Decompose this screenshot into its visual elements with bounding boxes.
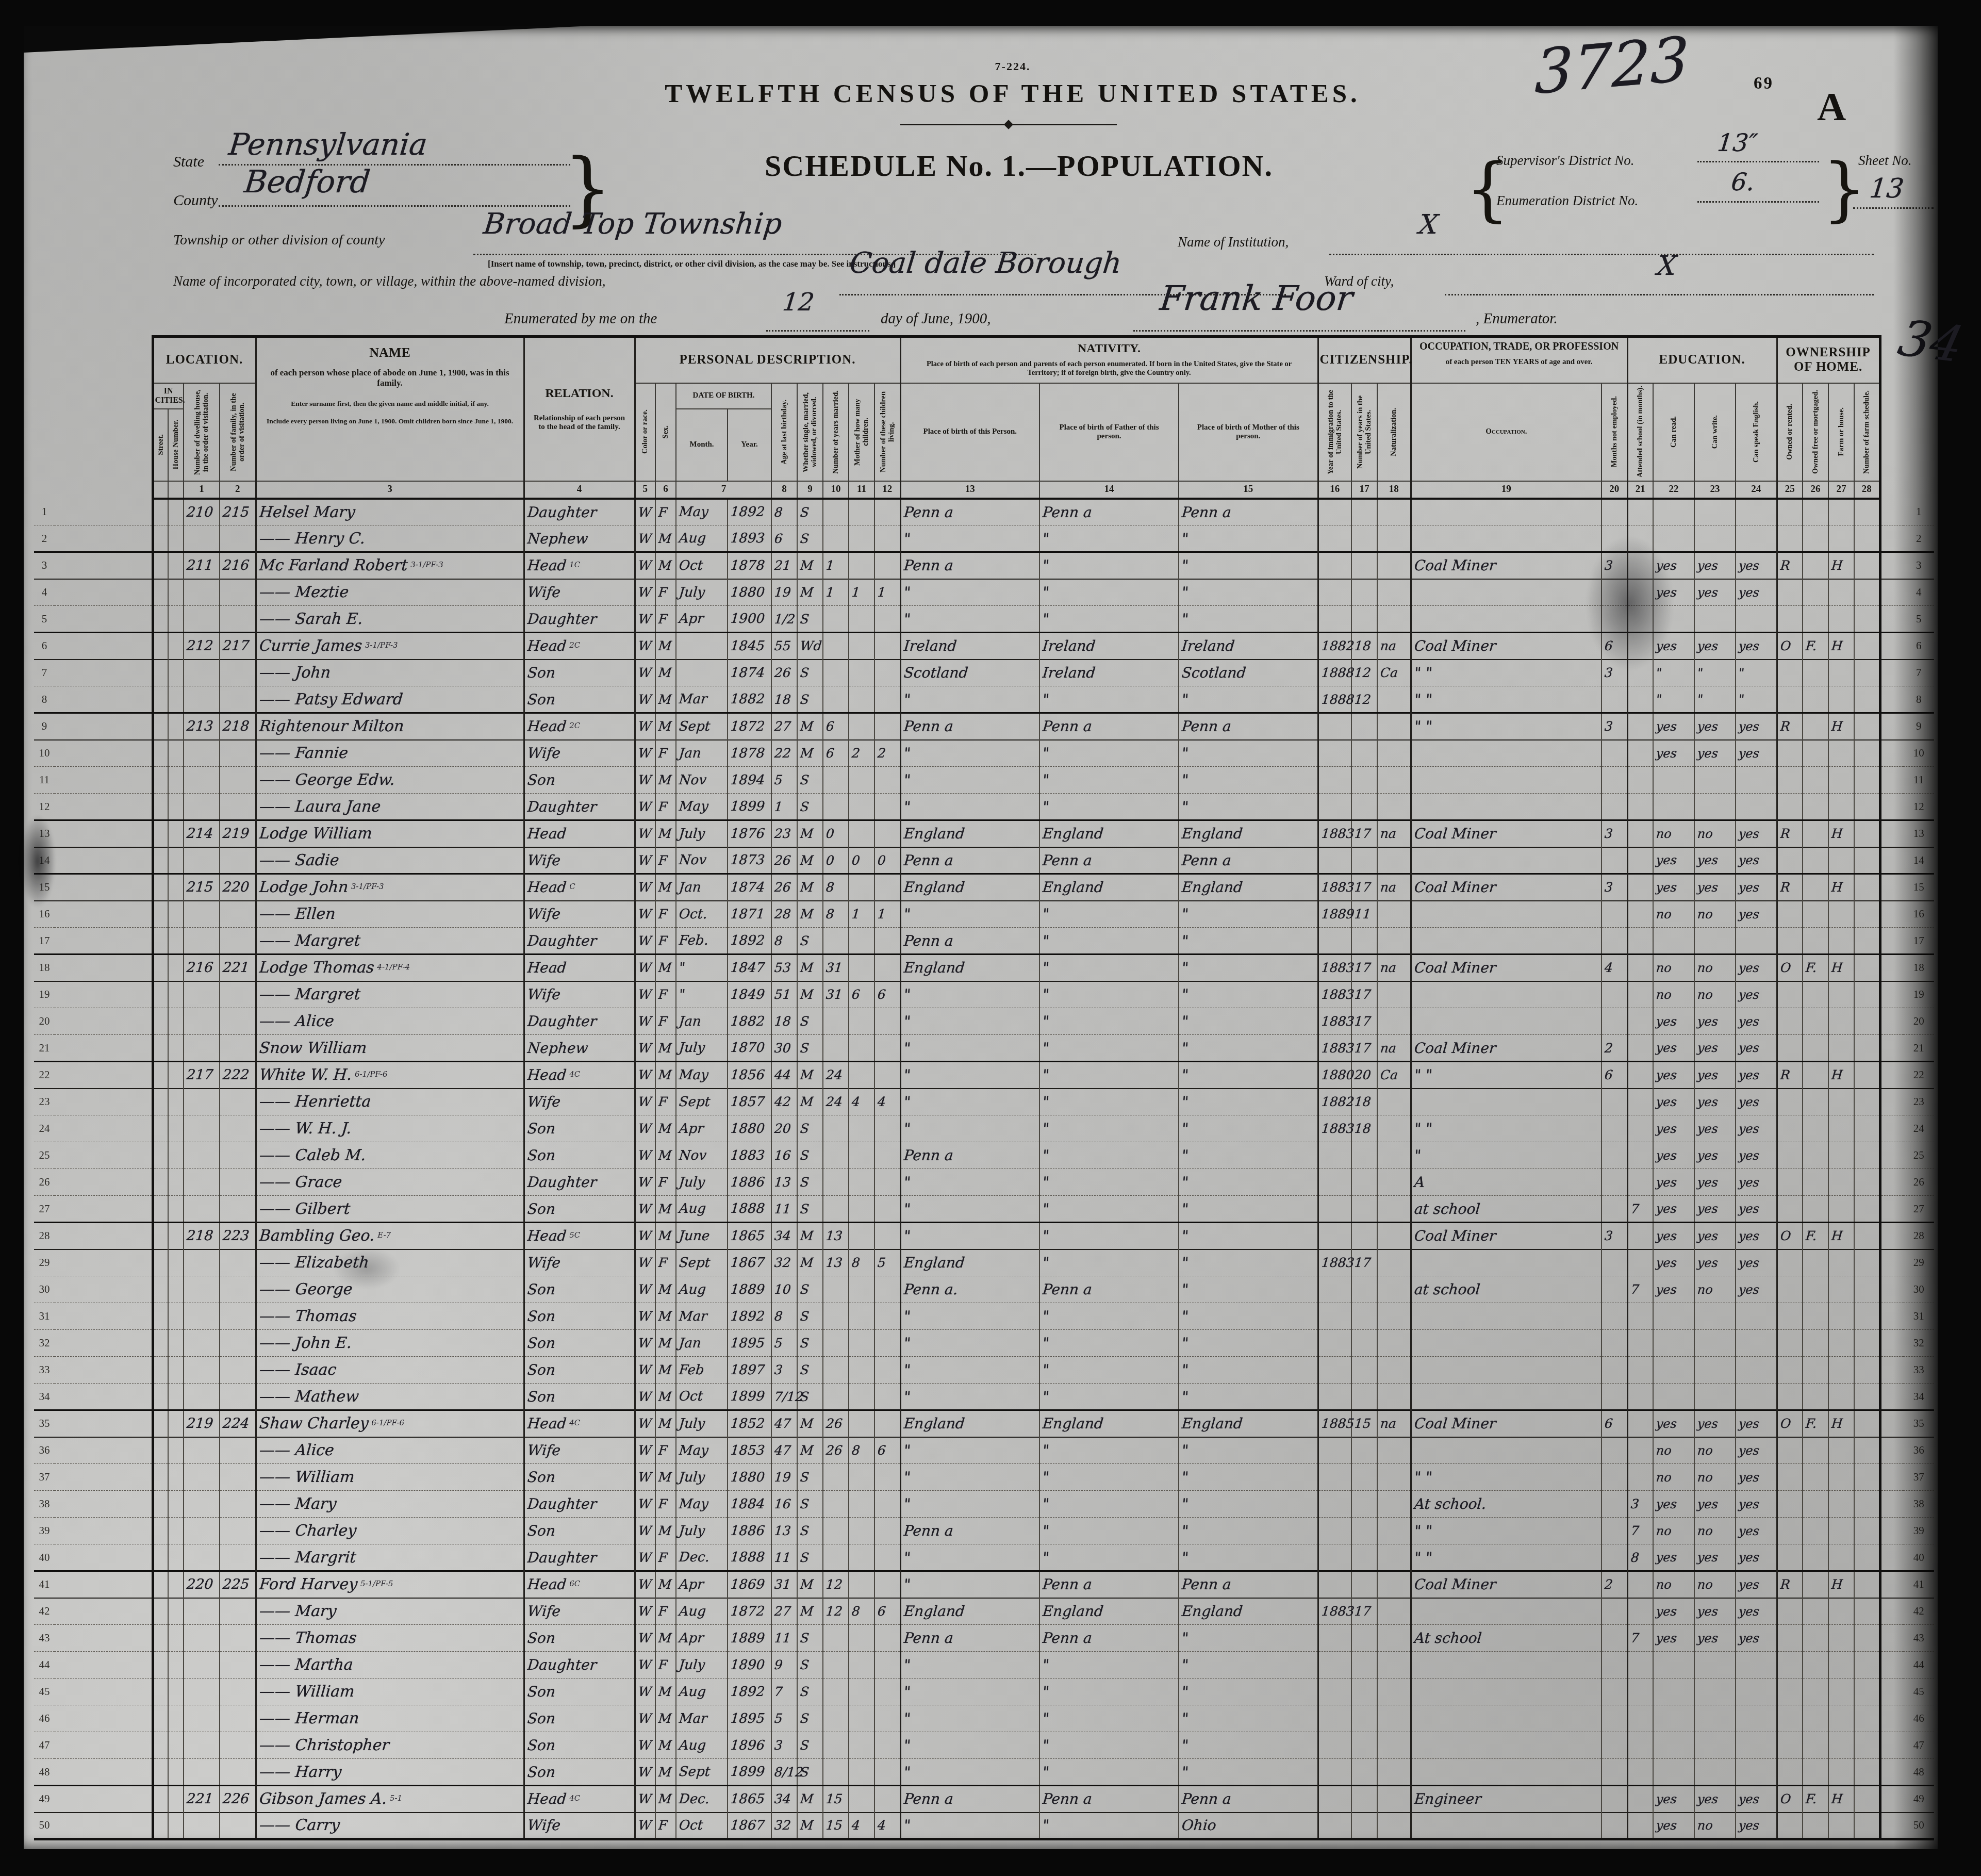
cell-st: [153, 820, 168, 847]
cell-ag: 53: [771, 955, 797, 981]
cell-rd: yes: [1653, 1115, 1694, 1142]
cell-nm: —— Ellen: [256, 901, 524, 928]
cell-en: [1736, 606, 1777, 633]
cell-as: [1627, 928, 1653, 955]
cell-en: yes: [1736, 1276, 1777, 1303]
cell-fs: [1854, 1089, 1880, 1115]
cell-fs: [1854, 981, 1880, 1008]
cell-bf: ": [1039, 955, 1179, 981]
cell-ag: 11: [771, 1625, 797, 1652]
table-row: 11—— George Edw.SonWMNov18945S"""11: [34, 767, 1934, 794]
table-row: 25—— Caleb M.SonWMNov188316SPenn a"""yes…: [34, 1142, 1934, 1169]
cell-mu: [1602, 499, 1627, 525]
margin-gap: [55, 713, 153, 740]
cell-cl: [874, 1652, 900, 1678]
col-num: 15: [1179, 481, 1318, 499]
cell-mc: [849, 525, 874, 552]
cell-nt: [1377, 1813, 1411, 1839]
cell-hn: [168, 1598, 184, 1625]
cell-nm: —— Grace: [256, 1169, 524, 1196]
cell-bf: ": [1039, 1196, 1179, 1223]
cell-or: [1777, 767, 1803, 794]
cell-rel: Son: [524, 1518, 635, 1544]
cell-nm: —— Meztie: [256, 579, 524, 606]
cell-fs: [1854, 499, 1880, 525]
cell-dw: [184, 1759, 220, 1786]
cell-bm: ": [1179, 1357, 1318, 1384]
cell-bm: Scotland: [1179, 660, 1318, 686]
row-number: 2: [34, 525, 55, 552]
cell-oc: [1411, 847, 1602, 874]
cell-bp: ": [900, 1759, 1039, 1786]
cell-en: yes: [1736, 1518, 1777, 1544]
cell-en: [1736, 928, 1777, 955]
cell-cr: W: [635, 955, 655, 981]
cell-bm: Penn a: [1179, 713, 1318, 740]
cell-bf: England: [1039, 874, 1179, 901]
cell-nm: —— Laura Jane: [256, 794, 524, 820]
cell-oc: [1411, 1384, 1602, 1410]
cell-ag: 27: [771, 713, 797, 740]
cell-cl: [874, 794, 900, 820]
cell-wr: [1694, 1384, 1736, 1410]
cell-rd: [1653, 1705, 1694, 1732]
enumerator-annotation: 4C: [569, 1069, 580, 1079]
cell-nt: [1377, 1705, 1411, 1732]
cell-mc: [849, 1732, 874, 1759]
cell-fh: [1828, 981, 1854, 1008]
table-row: 41220225Ford Harvey5-1/PF-5Head6CWMApr18…: [34, 1571, 1934, 1598]
margin-gap: [55, 1357, 153, 1384]
cell-nt: [1377, 1571, 1411, 1598]
table-row: 10—— FannieWifeWFJan187822M622"""yesyesy…: [34, 740, 1934, 767]
cell-ms: S: [797, 1384, 823, 1410]
cell-bf: Penn a: [1039, 713, 1179, 740]
cell-oc: Coal Miner: [1411, 633, 1602, 660]
cell-fh: [1828, 1705, 1854, 1732]
cell-mo: Oct: [676, 552, 728, 579]
film-right-edge-shadow: [1893, 26, 1938, 1849]
cell-st: [153, 1518, 168, 1544]
cell-of: [1803, 660, 1828, 686]
table-row: 50—— CarryWifeWFOct186732M1544""Ohioyesn…: [34, 1813, 1934, 1839]
cell-or: [1777, 1437, 1803, 1464]
cell-yu: 17: [1351, 874, 1377, 901]
cell-iy: [1318, 928, 1351, 955]
cell-fm: [220, 1357, 256, 1384]
cell-st: [153, 1813, 168, 1839]
cell-bp: Penn a: [900, 847, 1039, 874]
cell-ym: [823, 1169, 849, 1196]
cell-yu: 12: [1351, 660, 1377, 686]
cell-wr: yes: [1694, 1142, 1736, 1169]
table-row: 30—— GeorgeSonWMAug188910SPenn a.Penn a"…: [34, 1276, 1934, 1303]
cell-sx: F: [655, 928, 676, 955]
cell-st: [153, 874, 168, 901]
cell-bm: ": [1179, 552, 1318, 579]
cell-ms: S: [797, 1276, 823, 1303]
cell-sx: M: [655, 1678, 676, 1705]
cell-sx: F: [655, 1813, 676, 1839]
cell-hn: [168, 1276, 184, 1303]
cell-yr: 1870: [728, 1035, 771, 1062]
cell-or: [1777, 1196, 1803, 1223]
cell-ym: [823, 660, 849, 686]
cell-cr: W: [635, 1491, 655, 1518]
row-number: 34: [34, 1384, 55, 1410]
cell-or: O: [1777, 955, 1803, 981]
cell-iy: 1883: [1318, 1249, 1351, 1276]
cell-yr: 1897: [728, 1357, 771, 1384]
cell-bf: ": [1039, 981, 1179, 1008]
enumerated-day: 12: [781, 288, 816, 317]
cell-ag: 31: [771, 1571, 797, 1598]
cell-mu: 3: [1602, 1223, 1627, 1249]
cell-wr: yes: [1694, 1089, 1736, 1115]
cell-ym: 24: [823, 1062, 849, 1089]
cell-mo: May: [676, 794, 728, 820]
cell-fs: [1854, 1437, 1880, 1464]
cell-st: [153, 794, 168, 820]
cell-fh: [1828, 1518, 1854, 1544]
cell-bp: ": [900, 1571, 1039, 1598]
cell-mc: 6: [849, 981, 874, 1008]
cell-dw: [184, 660, 220, 686]
margin-gap: [55, 1813, 153, 1839]
cell-nm: —— William: [256, 1464, 524, 1491]
cell-as: [1627, 767, 1653, 794]
cell-yu: [1351, 1625, 1377, 1652]
cell-or: [1777, 1008, 1803, 1035]
margin-gap: [55, 1008, 153, 1035]
cell-yu: 17: [1351, 1598, 1377, 1625]
cell-bm: ": [1179, 1625, 1318, 1652]
cell-nm: —— John E.: [256, 1330, 524, 1357]
cell-st: [153, 1035, 168, 1062]
row-number: 44: [34, 1652, 55, 1678]
cell-bm: ": [1179, 1249, 1318, 1276]
cell-sx: M: [655, 525, 676, 552]
cell-yu: 12: [1351, 686, 1377, 713]
cell-nt: [1377, 1678, 1411, 1705]
cell-ym: 8: [823, 901, 849, 928]
cell-mu: [1602, 767, 1627, 794]
cell-rd: [1653, 928, 1694, 955]
section-nativity: NATIVITY. Place of birth of each person …: [900, 337, 1318, 383]
cell-ym: [823, 1652, 849, 1678]
col-years-in-us-header: Number of years in the United States.: [1351, 383, 1377, 481]
cell-iy: [1318, 1169, 1351, 1196]
cell-sx: M: [655, 1142, 676, 1169]
cell-or: [1777, 1759, 1803, 1786]
cell-en: yes: [1736, 1089, 1777, 1115]
cell-rel: Head4C: [524, 1410, 635, 1437]
cell-st: [153, 1437, 168, 1464]
cell-bm: ": [1179, 1142, 1318, 1169]
col-marital-header: Whether single, married, widowed, or div…: [797, 383, 823, 481]
table-row: 18216221Lodge Thomas4-1/PF-4HeadWM"18475…: [34, 955, 1934, 981]
cell-nm: —— Alice: [256, 1437, 524, 1464]
cell-mo: Mar: [676, 1705, 728, 1732]
cell-mc: [849, 874, 874, 901]
cell-rel: Son: [524, 660, 635, 686]
cell-cl: [874, 1705, 900, 1732]
row-number: 24: [34, 1115, 55, 1142]
cell-bf: England: [1039, 820, 1179, 847]
cell-yu: [1351, 794, 1377, 820]
col-immigration-year-header: Year of immigration to the United States…: [1318, 383, 1351, 481]
cell-mu: [1602, 1732, 1627, 1759]
cell-fs: [1854, 1491, 1880, 1518]
cell-nt: [1377, 1276, 1411, 1303]
cell-ms: M: [797, 1598, 823, 1625]
cell-dw: [184, 1732, 220, 1759]
cell-fs: [1854, 1008, 1880, 1035]
section-ownership: OWNERSHIP OF HOME.: [1777, 337, 1880, 383]
cell-yr: 1867: [728, 1813, 771, 1839]
cell-cl: [874, 552, 900, 579]
col-naturalization-header: Naturalization.: [1377, 383, 1411, 481]
cell-ms: M: [797, 955, 823, 981]
cell-mu: [1602, 1491, 1627, 1518]
cell-rd: no: [1653, 820, 1694, 847]
cell-bf: Ireland: [1039, 633, 1179, 660]
table-row: 13214219Lodge WilliamHeadWMJuly187623M0E…: [34, 820, 1934, 847]
cell-rel: Son: [524, 1464, 635, 1491]
cell-bp: England: [900, 1249, 1039, 1276]
cell-or: R: [1777, 552, 1803, 579]
cell-mo: [676, 660, 728, 686]
cell-fs: [1854, 660, 1880, 686]
cell-mu: 6: [1602, 1062, 1627, 1089]
cell-as: 8: [1627, 1544, 1653, 1571]
cell-sx: F: [655, 1437, 676, 1464]
cell-ms: S: [797, 1008, 823, 1035]
cell-dw: [184, 1813, 220, 1839]
row-number: 33: [34, 1357, 55, 1384]
row-number: 26: [34, 1169, 55, 1196]
cell-mu: [1602, 847, 1627, 874]
cell-st: [153, 633, 168, 660]
cell-nm: —— Charley: [256, 1518, 524, 1544]
col-family-number-header: Number of family, in the order of visita…: [220, 383, 256, 481]
table-row: 38—— MaryDaughterWFMay188416S"""At schoo…: [34, 1491, 1934, 1518]
cell-fs: [1854, 1384, 1880, 1410]
cell-ag: 16: [771, 1491, 797, 1518]
cell-of: [1803, 1598, 1828, 1625]
cell-fm: [220, 1303, 256, 1330]
cell-cr: W: [635, 1437, 655, 1464]
margin-gap: [55, 1062, 153, 1089]
cell-ym: 26: [823, 1410, 849, 1437]
cell-bp: ": [900, 1732, 1039, 1759]
cell-oc: " ": [1411, 660, 1602, 686]
cell-fs: [1854, 1410, 1880, 1437]
cell-of: [1803, 1544, 1828, 1571]
cell-iy: 1883: [1318, 1035, 1351, 1062]
cell-mu: 3: [1602, 713, 1627, 740]
cell-fh: [1828, 1598, 1854, 1625]
cell-ym: [823, 1759, 849, 1786]
cell-en: yes: [1736, 1062, 1777, 1089]
cell-rel: Son: [524, 1705, 635, 1732]
cell-iy: 1883: [1318, 981, 1351, 1008]
cell-oc: " ": [1411, 1062, 1602, 1089]
cell-rd: yes: [1653, 1142, 1694, 1169]
cell-of: [1803, 1249, 1828, 1276]
cell-mu: 2: [1602, 1571, 1627, 1598]
cell-nt: [1377, 606, 1411, 633]
cell-ym: 13: [823, 1249, 849, 1276]
row-number: 20: [34, 1008, 55, 1035]
table-row: 17—— MargretDaughterWFFeb.18928SPenn a""…: [34, 928, 1934, 955]
cell-hn: [168, 901, 184, 928]
cell-wr: yes: [1694, 1410, 1736, 1437]
cell-hn: [168, 1357, 184, 1384]
cell-hn: [168, 1625, 184, 1652]
cell-of: F.: [1803, 1223, 1828, 1249]
margin-gap: [55, 1115, 153, 1142]
cell-fm: [220, 1115, 256, 1142]
row-number: 47: [34, 1732, 55, 1759]
cell-yr: 1899: [728, 1759, 771, 1786]
cell-mo: Jan: [676, 740, 728, 767]
cell-wr: [1694, 1678, 1736, 1705]
cell-bf: ": [1039, 1464, 1179, 1491]
cell-fh: H: [1828, 1410, 1854, 1437]
cell-nm: —— John: [256, 660, 524, 686]
cell-as: [1627, 955, 1653, 981]
cell-fh: [1828, 1008, 1854, 1035]
cell-rd: [1653, 1330, 1694, 1357]
cell-or: [1777, 686, 1803, 713]
cell-ms: M: [797, 579, 823, 606]
cell-bm: ": [1179, 1115, 1318, 1142]
cell-ym: [823, 794, 849, 820]
cell-st: [153, 499, 168, 525]
table-row: 33—— IsaacSonWMFeb18973S"""33: [34, 1357, 1934, 1384]
row-number: 46: [34, 1705, 55, 1732]
margin-gap: [55, 660, 153, 686]
cell-cr: W: [635, 928, 655, 955]
cell-bp: ": [900, 1678, 1039, 1705]
cell-ms: S: [797, 1303, 823, 1330]
cell-cl: [874, 767, 900, 794]
census-sheet-paper: 7-224. TWELFTH CENSUS OF THE UNITED STAT…: [24, 26, 1938, 1849]
cell-dw: [184, 981, 220, 1008]
cell-bp: ": [900, 767, 1039, 794]
cell-iy: [1318, 1142, 1351, 1169]
cell-fm: 216: [220, 552, 256, 579]
cell-st: [153, 713, 168, 740]
cell-as: [1627, 1464, 1653, 1491]
cell-cl: [874, 1276, 900, 1303]
cell-yu: [1351, 1223, 1377, 1249]
cell-ag: 3: [771, 1357, 797, 1384]
cell-ag: 34: [771, 1786, 797, 1813]
cell-rd: no: [1653, 981, 1694, 1008]
cell-fh: H: [1828, 1223, 1854, 1249]
row-number: 38: [34, 1491, 55, 1518]
cell-cr: W: [635, 1062, 655, 1089]
margin-gap: [55, 1571, 153, 1598]
cell-st: [153, 1705, 168, 1732]
cell-as: [1627, 1142, 1653, 1169]
cell-dw: [184, 794, 220, 820]
cell-ym: 24: [823, 1089, 849, 1115]
cell-cr: W: [635, 1196, 655, 1223]
cell-ms: S: [797, 1544, 823, 1571]
cell-mo: Apr: [676, 1115, 728, 1142]
cell-mc: [849, 633, 874, 660]
cell-bp: ": [900, 686, 1039, 713]
cell-sx: M: [655, 1062, 676, 1089]
cell-rel: Daughter: [524, 499, 635, 525]
cell-mc: [849, 955, 874, 981]
cell-ym: [823, 1196, 849, 1223]
table-row: 23—— HenriettaWifeWFSept185742M2444"""18…: [34, 1089, 1934, 1115]
cell-nt: [1377, 1652, 1411, 1678]
cell-bp: ": [900, 1115, 1039, 1142]
cell-st: [153, 579, 168, 606]
row-number: 4: [34, 579, 55, 606]
cell-mu: [1602, 1464, 1627, 1491]
cell-ym: [823, 1678, 849, 1705]
cell-oc: [1411, 740, 1602, 767]
cell-hn: [168, 1732, 184, 1759]
institution-value: X: [1417, 209, 1440, 240]
cell-nm: —— Gilbert: [256, 1196, 524, 1223]
cell-fs: [1854, 1276, 1880, 1303]
cell-as: [1627, 1223, 1653, 1249]
col-sex-header: Sex.: [655, 383, 676, 481]
cell-fs: [1854, 901, 1880, 928]
cell-bp: Penn a: [900, 928, 1039, 955]
row-number: 9: [34, 713, 55, 740]
cell-rel: Son: [524, 1196, 635, 1223]
cell-st: [153, 1625, 168, 1652]
cell-oc: [1411, 1705, 1602, 1732]
cell-fh: [1828, 1196, 1854, 1223]
cell-ym: 0: [823, 820, 849, 847]
cell-ms: S: [797, 525, 823, 552]
cell-bf: ": [1039, 552, 1179, 579]
cell-oc: [1411, 499, 1602, 525]
cell-yu: [1351, 1491, 1377, 1518]
cell-wr: no: [1694, 1571, 1736, 1598]
cell-fh: H: [1828, 552, 1854, 579]
cell-rel: Wife: [524, 1813, 635, 1839]
table-row: 8—— Patsy EdwardSonWMMar188218S"""188812…: [34, 686, 1934, 713]
col-farm-schedule-header: Number of farm schedule.: [1854, 383, 1880, 481]
cell-dw: 212: [184, 633, 220, 660]
cell-bp: ": [900, 1089, 1039, 1115]
cell-ag: 47: [771, 1437, 797, 1464]
cell-ms: M: [797, 713, 823, 740]
cell-ag: 26: [771, 874, 797, 901]
cell-bp: Penn a: [900, 1625, 1039, 1652]
cell-dw: [184, 579, 220, 606]
cell-fm: [220, 1008, 256, 1035]
cell-cr: W: [635, 1384, 655, 1410]
enumerator-annotation: 5-1: [390, 1793, 402, 1803]
cell-fs: [1854, 1115, 1880, 1142]
cell-en: yes: [1736, 552, 1777, 579]
enumerator-annotation: 6-1/PF-6: [355, 1069, 388, 1079]
cell-iy: 1880: [1318, 1062, 1351, 1089]
cell-wr: yes: [1694, 1249, 1736, 1276]
cell-nt: [1377, 552, 1411, 579]
